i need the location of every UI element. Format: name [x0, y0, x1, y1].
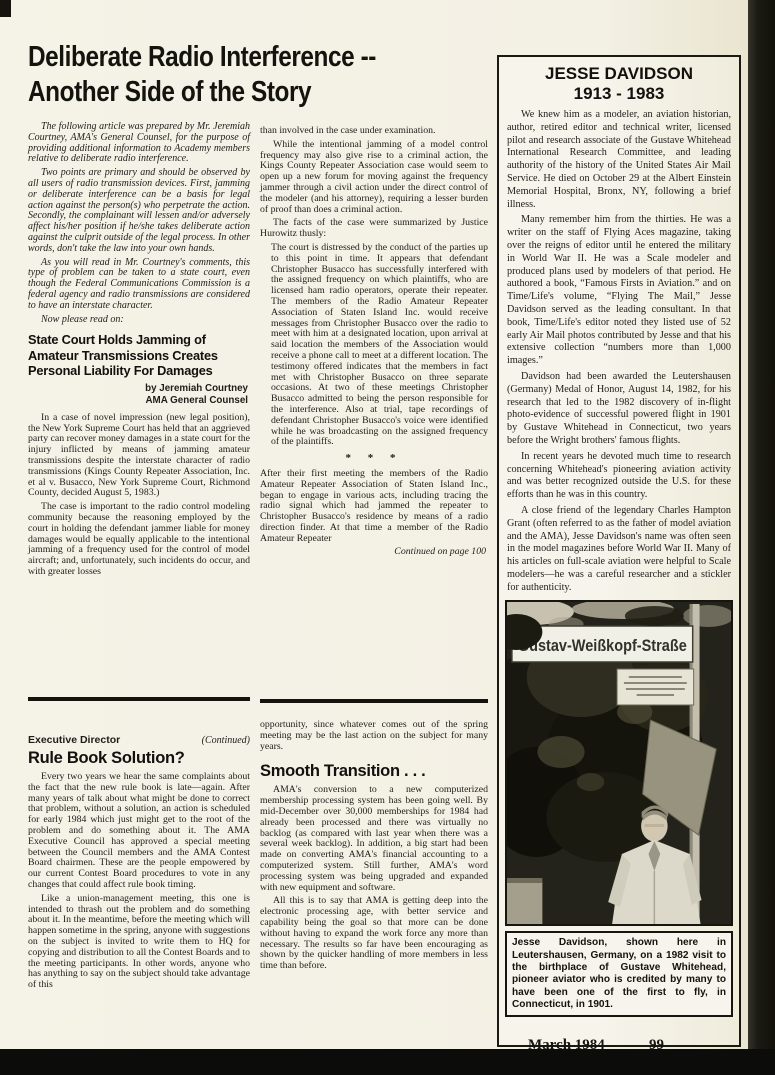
scan-corner-mark: [0, 0, 11, 17]
intro-paragraph: Now please read on:: [28, 315, 250, 326]
body-paragraph: Every two years we hear the same complai…: [28, 772, 250, 891]
jesse-davidson-photo-art: Gustav-Weißkopf-Straße: [507, 602, 731, 924]
court-quote: The court is distressed by the conduct o…: [271, 243, 488, 448]
intro-paragraph: The following article was prepared by Mr…: [28, 122, 250, 165]
column-divider-middle: [260, 699, 488, 703]
obituary-paragraph: Davidson had been awarded the Leutershau…: [507, 371, 731, 448]
intro-paragraph: As you will read in Mr. Courtney's comme…: [28, 258, 250, 312]
section-label-row: Executive Director (Continued): [28, 734, 250, 746]
court-quote-text: The court is distressed by the conduct o…: [271, 243, 488, 448]
scan-bottom-bar: [0, 1049, 775, 1075]
intro-paragraph: Two points are primary and should be obs…: [28, 168, 250, 254]
body-paragraph: In a case of novel impression (new legal…: [28, 413, 250, 499]
body-paragraph: opportunity, since whatever comes out of…: [260, 720, 488, 752]
body-paragraph: AMA's conversion to a new computerized m…: [260, 785, 488, 893]
continued-label: (Continued): [202, 735, 250, 746]
column-divider-left: [28, 697, 250, 701]
obituary-paragraph: In recent years he devoted much time to …: [507, 451, 731, 502]
obituary-body: We knew him as a modeler, an aviation hi…: [507, 109, 731, 594]
section-heading-rule-book: Rule Book Solution?: [28, 749, 250, 768]
obituary-paragraph: We knew him as a modeler, an aviation hi…: [507, 109, 731, 211]
byline-name: by Jeremiah Courtney: [28, 383, 248, 395]
section-heading-smooth-transition: Smooth Transition . . .: [260, 762, 488, 781]
obituary-title: JESSE DAVIDSON: [507, 64, 731, 84]
obituary-paragraph: A close friend of the legendary Charles …: [507, 505, 731, 595]
section-label: Executive Director: [28, 734, 120, 746]
executive-director-middle-column: opportunity, since whatever comes out of…: [260, 720, 488, 975]
body-paragraph: After their first meeting the members of…: [260, 469, 488, 545]
byline-role: AMA General Counsel: [28, 395, 248, 407]
continued-note: Continued on page 100: [260, 547, 486, 558]
article-title-line2: Another Side of the Story: [28, 75, 376, 110]
body-paragraph: The facts of the case were summarized by…: [260, 218, 488, 240]
body-paragraph: All this is to say that AMA is getting d…: [260, 896, 488, 972]
jesse-davidson-photo: Gustav-Weißkopf-Straße: [505, 600, 733, 926]
obituary-years: 1913 - 1983: [507, 84, 731, 104]
obituary-paragraph: Many remember him from the thirties. He …: [507, 214, 731, 368]
article-middle-column: than involved in the case under examinat…: [260, 126, 488, 558]
article-title: Deliberate Radio Interference -- Another…: [28, 40, 442, 110]
article-title-line1: Deliberate Radio Interference --: [28, 40, 376, 75]
article-subhead: State Court Holds Jamming of Amateur Tra…: [28, 332, 250, 379]
article-intro: The following article was prepared by Mr…: [28, 122, 250, 325]
body-paragraph: Like a union-management meeting, this on…: [28, 894, 250, 991]
asterisk-separator: * * *: [260, 453, 488, 464]
body-paragraph: than involved in the case under examinat…: [260, 126, 488, 137]
magazine-page: Deliberate Radio Interference -- Another…: [0, 0, 775, 1075]
executive-director-left-column: Executive Director (Continued) Rule Book…: [28, 734, 250, 994]
street-sign-text: Gustav-Weißkopf-Straße: [518, 636, 687, 655]
article-left-column: The following article was prepared by Mr…: [28, 122, 250, 581]
scan-right-strip: [748, 0, 775, 1075]
obituary-box: JESSE DAVIDSON 1913 - 1983 We knew him a…: [497, 55, 741, 1047]
body-paragraph: The case is important to the radio contr…: [28, 502, 250, 578]
photo-caption: Jesse Davidson, shown here in Leutershau…: [505, 931, 733, 1017]
sign-plaque: [617, 669, 694, 705]
byline: by Jeremiah Courtney AMA General Counsel: [28, 383, 248, 407]
body-paragraph: While the intentional jamming of a model…: [260, 140, 488, 216]
